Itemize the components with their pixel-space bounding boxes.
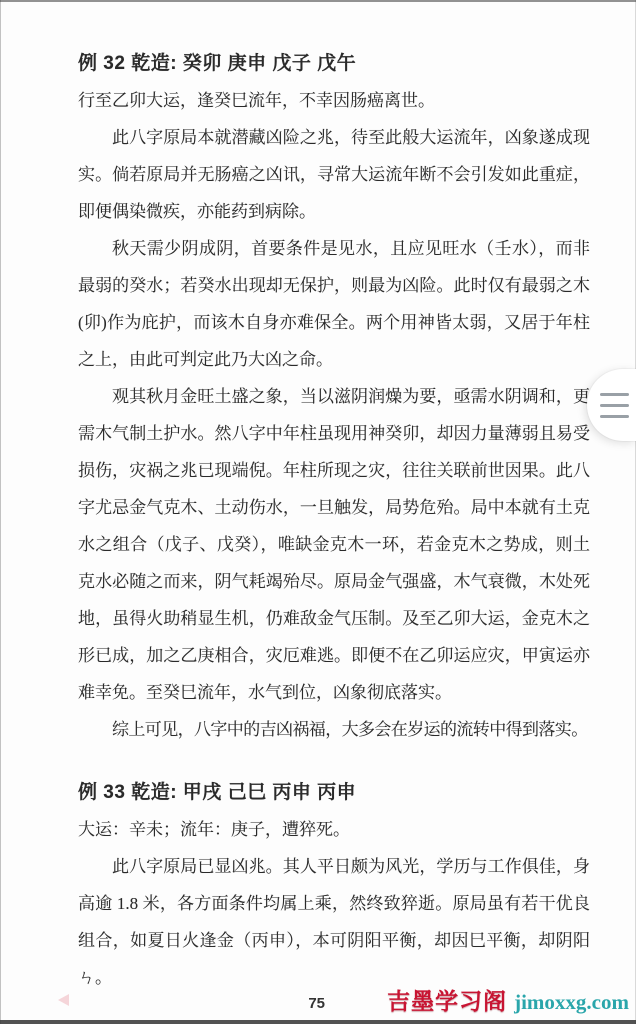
scan-edge-left <box>0 0 1 1024</box>
watermark-brand-text: 吉墨学习阁 <box>387 983 507 1016</box>
case-32-paragraph: 秋天需少阴成阴，首要条件是见水，且应见旺水（壬水），而非最弱的癸水；若癸水出现却… <box>78 230 590 378</box>
page-footer: 75 吉墨学习阁 jimoxxg.com <box>0 992 636 1018</box>
hamburger-menu-icon <box>600 415 629 418</box>
case-32-section: 例 32 乾造: 癸卯 庚申 戊子 戊午 行至乙卯大运，逢癸巳流年，不幸因肠癌离… <box>78 45 590 748</box>
scanned-book-page: 例 32 乾造: 癸卯 庚申 戊子 戊午 行至乙卯大运，逢癸巳流年，不幸因肠癌离… <box>0 0 636 1024</box>
scan-edge-top <box>0 0 636 2</box>
case-33-section: 例 33 乾造: 甲戌 己巳 丙申 丙申 大运：辛未；流年：庚子，遭猝死。 此八… <box>78 774 590 996</box>
menu-button[interactable] <box>587 369 636 441</box>
hamburger-menu-icon <box>600 393 629 396</box>
page-number: 75 <box>308 995 325 1012</box>
case-33-heading: 例 33 乾造: 甲戌 己巳 丙申 丙申 <box>78 774 590 811</box>
scan-smudge-artifact <box>58 994 69 1006</box>
hamburger-menu-icon <box>600 404 629 407</box>
case-33-paragraph: 此八字原局已显凶兆。其人平日颇为风光，学历与工作俱佳，身高逾 1.8 米，各方面… <box>78 848 590 996</box>
case-32-summary-paragraph: 综上可见，八字中的吉凶祸福，大多会在岁运的流转中得到落实。 <box>78 711 590 748</box>
case-32-paragraph: 观其秋月金旺土盛之象，当以滋阴润燥为要，亟需水阴调和，更需木气制土护水。然八字中… <box>78 378 590 711</box>
case-32-outcome-line: 行至乙卯大运，逢癸巳流年，不幸因肠癌离世。 <box>78 82 590 119</box>
watermark: 吉墨学习阁 jimoxxg.com <box>387 983 629 1016</box>
case-32-heading: 例 32 乾造: 癸卯 庚申 戊子 戊午 <box>78 45 590 82</box>
scan-edge-bottom <box>0 1020 636 1024</box>
watermark-site-text: jimoxxg.com <box>514 990 629 1015</box>
case-33-luck-line: 大运：辛未；流年：庚子，遭猝死。 <box>78 811 590 848</box>
case-32-paragraph: 此八字原局本就潜藏凶险之兆，待至此般大运流年，凶象遂成现实。倘若原局并无肠癌之凶… <box>78 119 590 230</box>
